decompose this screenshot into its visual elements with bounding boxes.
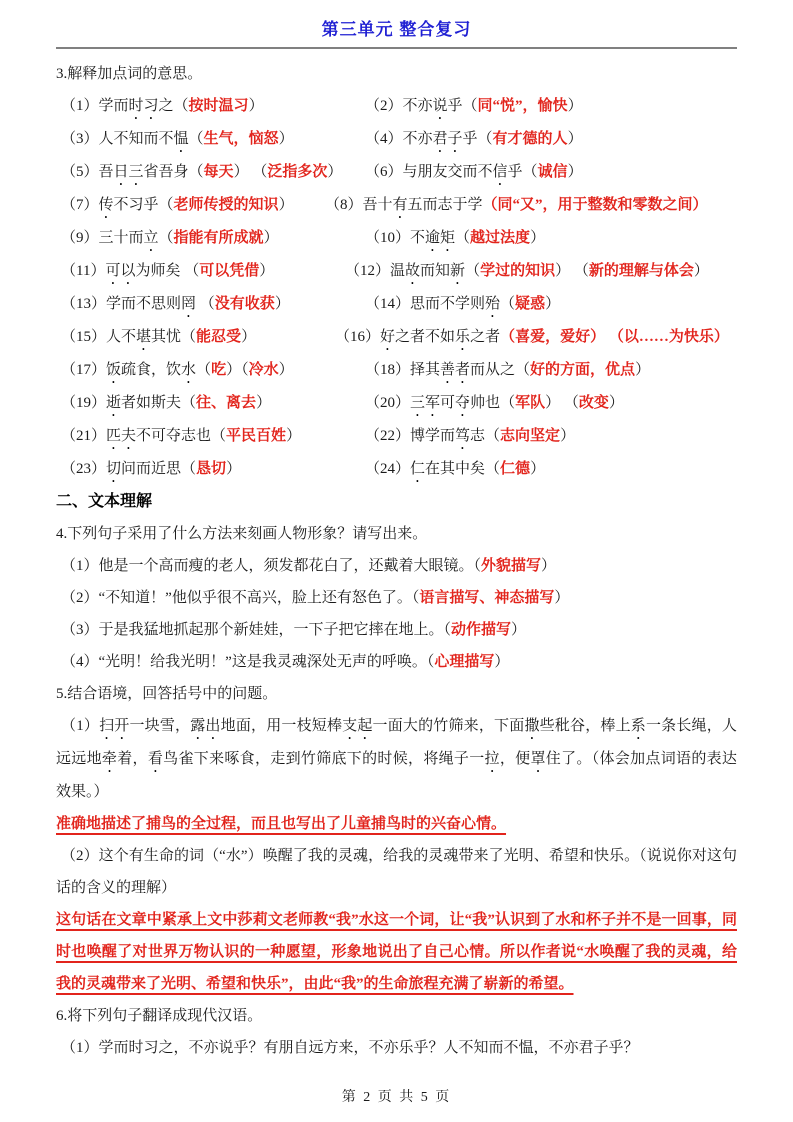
- annotation-red: 能忍受: [196, 329, 241, 345]
- dotted-term: 三军: [410, 395, 440, 411]
- text-run: （4）“光明！给我光明！”这是我灵魂深处无声的呼唤。（: [61, 654, 434, 670]
- annotation-red: （喜爱，爱好）: [500, 329, 605, 345]
- dotted-term: 有: [393, 197, 408, 213]
- text-run: （: [196, 296, 215, 312]
- q3-item-right: （4）不亦君子乎（有才德的人）: [365, 123, 583, 156]
- dotted-term: 匹夫: [106, 428, 136, 444]
- text-run: 乎（: [463, 131, 493, 147]
- q3-item-left: （17）饭疏食，饮水（吃）（冷水）: [61, 354, 359, 387]
- text-run: 五而志于学: [408, 197, 483, 213]
- text-run: 省吾身（: [144, 164, 204, 180]
- text-run: （1）学而: [61, 98, 129, 114]
- annotation-red: 冷水: [249, 362, 279, 378]
- q3-item-left: （21）匹夫不可夺志也（平民百姓）: [61, 420, 359, 453]
- text-run: 其忧（: [151, 329, 196, 345]
- q3-row: （3）人不知而不愠（生气，恼怒）（4）不亦君子乎（有才德的人）: [56, 123, 737, 156]
- text-run: ）: [286, 428, 301, 444]
- text-run: （22）博学而: [365, 428, 455, 444]
- text-run: ）: [511, 622, 526, 638]
- dotted-term: 信: [493, 164, 508, 180]
- text-run: ）: [249, 98, 264, 114]
- annotation-red: 往、离去: [196, 395, 256, 411]
- text-run: 鸟雀下来啄食，走到竹筛底下的时候，将绳子一: [163, 751, 484, 767]
- annotation-red: 同“悦”，愉快: [478, 98, 568, 114]
- dotted-term: 时习: [129, 98, 159, 114]
- q5-answer-1: 准确地描述了捕鸟的全过程，而且也写出了儿童捕鸟时的兴奋心情。: [56, 808, 737, 840]
- text-run: ） （: [234, 164, 268, 180]
- text-run: （: [455, 230, 470, 246]
- dotted-term: 撒: [524, 718, 539, 734]
- q4-title: 4.下列句子采用了什么方法来刻画人物形象？请写出来。: [56, 518, 737, 550]
- text-run: 不可夺志也（: [136, 428, 226, 444]
- text-run: （: [196, 362, 211, 378]
- text-run: ）: [568, 98, 583, 114]
- dotted-term: 君子: [433, 131, 463, 147]
- annotation-red: 老师传授的知识: [174, 197, 279, 213]
- page-number: 第 2 页 共 5 页: [0, 1086, 793, 1106]
- text-run: 问而近思（: [121, 461, 196, 477]
- dotted-term: 牵: [102, 751, 117, 767]
- dotted-term: 夺: [455, 395, 470, 411]
- dotted-term: 切: [106, 461, 121, 477]
- dotted-term: 善者: [440, 362, 470, 378]
- text-run: 乎（: [448, 98, 478, 114]
- text-run: 之者: [470, 329, 500, 345]
- text-run: ）: [554, 590, 569, 606]
- text-run: 而从之（: [470, 362, 530, 378]
- annotation-red: （同“又”，用于整数和零数之间）: [483, 197, 708, 213]
- q5-title: 5.结合语境，回答括号中的问题。: [56, 678, 737, 710]
- q3-row: （17）饭疏食，饮水（吃）（冷水）（18）择其善者而从之（好的方面，优点）: [56, 354, 737, 387]
- text-run: 着，: [117, 751, 148, 767]
- q3-item-left: （1）学而时习之（按时温习）: [61, 90, 359, 123]
- q3-item-left: （23）切问而近思（恳切）: [61, 453, 359, 486]
- dotted-term: 立: [144, 230, 159, 246]
- text-run: （17）: [61, 362, 106, 378]
- dotted-term: 可以: [105, 263, 135, 279]
- text-run: 疏食，饮: [121, 362, 181, 378]
- dotted-term: 罩: [530, 751, 545, 767]
- annotation-red: 仁德: [500, 461, 530, 477]
- q3-row: （5）吾日三省吾身（每天） （泛指多次）（6）与朋友交而不信乎（诚信）: [56, 156, 737, 189]
- q3-row: （9）三十而立（指能有所成就）（10）不逾矩（越过法度）: [56, 222, 737, 255]
- text-run: （6）与朋友交而不: [365, 164, 493, 180]
- text-run: ）: [694, 263, 709, 279]
- dotted-term: 愠: [174, 131, 189, 147]
- document-content: 3.解释加点词的意思。 （1）学而时习之（按时温习）（2）不亦说乎（同“悦”，愉…: [0, 49, 793, 1064]
- text-run: ）: [545, 296, 560, 312]
- dotted-term: 新: [450, 263, 465, 279]
- section2-heading: 二、文本理解: [56, 486, 737, 518]
- dotted-term: 好: [380, 329, 395, 345]
- text-run: 为师矣 （: [135, 263, 199, 279]
- text-run: （1）他是一个高而瘦的老人，须发都花白了，还戴着大眼镜。（: [61, 558, 481, 574]
- annotation-red: 动作描写: [451, 622, 511, 638]
- q3-item-right: （12）温故而知新（学过的知识） （新的理解与体会）: [345, 255, 709, 288]
- q3-item-right: （16）好之者不如乐之者（喜爱，爱好） （以……为快乐）: [335, 321, 729, 354]
- annotation-red: 有才德的人: [493, 131, 568, 147]
- q4-list: （1）他是一个高而瘦的老人，须发都花白了，还戴着大眼镜。（外貌描写）（2）“不知…: [56, 550, 737, 678]
- text-run: （14）思而不学则: [365, 296, 485, 312]
- dotted-term: 逾矩: [425, 230, 455, 246]
- text-run: （11）: [61, 263, 105, 279]
- q6-item-1: （1）学而时习之，不亦说乎？有朋自远方来，不亦乐乎？人不知而不愠，不亦君子乎？: [56, 1032, 737, 1064]
- text-run: ）: [568, 131, 583, 147]
- text-run: ） （: [545, 395, 579, 411]
- text-run: ）（: [226, 362, 249, 378]
- annotation-red: 学过的知识: [480, 263, 555, 279]
- text-run: （19）: [61, 395, 106, 411]
- annotation-red: 吃: [211, 362, 226, 378]
- text-run: 志（: [470, 428, 500, 444]
- text-run: ）: [609, 395, 624, 411]
- dotted-term: 露出: [190, 718, 220, 734]
- dotted-term: 饭: [106, 362, 121, 378]
- q5-item-2: （2）这个有生命的词（“水”）唤醒了我的灵魂，给我的灵魂带来了光明、希望和快乐。…: [56, 840, 737, 904]
- annotation-red: 平民百姓: [226, 428, 286, 444]
- annotation-red: （以……为快乐）: [609, 329, 729, 345]
- text-run: （1）: [61, 718, 99, 734]
- q3-item-right: （18）择其善者而从之（好的方面，优点）: [365, 354, 650, 387]
- annotation-red: 军队: [515, 395, 545, 411]
- text-run: （3）人不知而不: [61, 131, 174, 147]
- dotted-term: 水: [181, 362, 196, 378]
- text-run: （21）: [61, 428, 106, 444]
- text-run: 帅也（: [470, 395, 515, 411]
- q3-item-right: （8）吾十有五而志于学（同“又”，用于整数和零数之间）: [325, 189, 708, 222]
- dotted-term: 支起: [342, 718, 372, 734]
- q3-item-right: （20）三军可夺帅也（军队） （改变）: [365, 387, 624, 420]
- text-run: （2）“不知道！”他似乎很不高兴，脸上还有怒色了。（: [61, 590, 419, 606]
- text-run: ）: [541, 558, 556, 574]
- annotation-red: 恳切: [196, 461, 226, 477]
- text-run: （13）学而不思则: [61, 296, 181, 312]
- annotation-red: 每天: [204, 164, 234, 180]
- q3-item-left: （5）吾日三省吾身（每天） （泛指多次）: [61, 156, 359, 189]
- text-run: ）: [264, 230, 279, 246]
- q3-item-right: （10）不逾矩（越过法度）: [365, 222, 545, 255]
- text-run: 些秕谷，棒上: [540, 718, 631, 734]
- text-run: （2）不亦: [365, 98, 433, 114]
- dotted-term: 罔: [181, 296, 196, 312]
- unit-title: 第三单元 整合复习: [0, 15, 793, 40]
- q4-item: （2）“不知道！”他似乎很不高兴，脸上还有怒色了。（语言描写、神态描写）: [56, 582, 737, 614]
- annotation-red: 可以凭借: [199, 263, 259, 279]
- text-run: ）: [259, 263, 274, 279]
- q5-answer-2: 这句话在文章中紧承上文中莎莉文老师教“我”水这一个词，让“我”认识到了水和杯子并…: [56, 904, 737, 1000]
- q6-title: 6.将下列句子翻译成现代汉语。: [56, 1000, 737, 1032]
- text-run: ）: [279, 362, 294, 378]
- text-run: （5）吾: [61, 164, 114, 180]
- text-run: （18）择其: [365, 362, 440, 378]
- annotation-red: 泛指多次: [267, 164, 327, 180]
- text-run: 者如斯夫（: [121, 395, 196, 411]
- q3-item-left: （9）三十而立（指能有所成就）: [61, 222, 359, 255]
- annotation-red: 指能有所成就: [174, 230, 264, 246]
- annotation-red: 疑惑: [515, 296, 545, 312]
- text-run: 地面，用一枝短棒: [221, 718, 343, 734]
- text-run: （24）: [365, 461, 410, 477]
- q3-row: （1）学而时习之（按时温习）（2）不亦说乎（同“悦”，愉快）: [56, 90, 737, 123]
- text-run: （15）人不: [61, 329, 136, 345]
- q3-item-left: （3）人不知而不愠（生气，恼怒）: [61, 123, 359, 156]
- q3-row: （11）可以为师矣 （可以凭借）（12）温故而知新（学过的知识） （新的理解与体…: [56, 255, 737, 288]
- text-run: ）: [256, 395, 271, 411]
- text-run: 之者不如: [395, 329, 455, 345]
- worksheet-page: 第三单元 整合复习 3.解释加点词的意思。 （1）学而时习之（按时温习）（2）不…: [0, 0, 793, 1122]
- q3-row: （23）切问而近思（恳切）（24）仁在其中矣（仁德）: [56, 453, 737, 486]
- text-run: （: [500, 296, 515, 312]
- text-run: 不习乎（: [114, 197, 174, 213]
- dotted-term: 扫开: [99, 718, 129, 734]
- q3-item-right: （22）博学而笃志（志向坚定）: [365, 420, 575, 453]
- dotted-term: 系: [631, 718, 646, 734]
- text-run: （7）: [61, 197, 99, 213]
- annotation-red: 新的理解与体会: [589, 263, 694, 279]
- text-run: ）: [327, 164, 342, 180]
- q4-item: （3）于是我猛地抓起那个新娃娃，一下子把它摔在地上。（动作描写）: [56, 614, 737, 646]
- text-run: （4）不亦: [365, 131, 433, 147]
- text-run: （20）: [365, 395, 410, 411]
- dotted-term: 乐: [455, 329, 470, 345]
- annotation-red: 好的方面，优点: [530, 362, 635, 378]
- text-run: 在其中矣（: [425, 461, 500, 477]
- q3-title: 3.解释加点词的意思。: [56, 58, 737, 90]
- q3-row: （19）逝者如斯夫（往、离去）（20）三军可夺帅也（军队） （改变）: [56, 387, 737, 420]
- annotation-red: 改变: [579, 395, 609, 411]
- q3-item-left: （11）可以为师矣 （可以凭借）: [61, 255, 339, 288]
- text-run: ）: [241, 329, 256, 345]
- text-run: （: [189, 131, 204, 147]
- dotted-term: 说: [433, 98, 448, 114]
- q3-row: （13）学而不思则罔 （没有收获）（14）思而不学则殆（疑惑）: [56, 288, 737, 321]
- annotation-red: 越过法度: [470, 230, 530, 246]
- dotted-term: 仁: [410, 461, 425, 477]
- annotation-red: 志向坚定: [500, 428, 560, 444]
- q3-item-left: （13）学而不思则罔 （没有收获）: [61, 288, 359, 321]
- text-run: ）: [279, 197, 294, 213]
- dotted-term: 逝: [106, 395, 121, 411]
- text-run: ）: [530, 461, 545, 477]
- annotation-red: 诚信: [538, 164, 568, 180]
- q3-row: （7）传不习乎（老师传授的知识）（8）吾十有五而志于学（同“又”，用于整数和零数…: [56, 189, 737, 222]
- q4-item: （1）他是一个高而瘦的老人，须发都花白了，还戴着大眼镜。（外貌描写）: [56, 550, 737, 582]
- text-run: ）: [275, 296, 290, 312]
- text-run: （3）于是我猛地抓起那个新娃娃，一下子把它摔在地上。（: [61, 622, 451, 638]
- q3-item-left: （15）人不堪其忧（能忍受）: [61, 321, 329, 354]
- text-run: 乎（: [508, 164, 538, 180]
- dotted-term: 拉: [485, 751, 500, 767]
- text-run: （8）吾十: [325, 197, 393, 213]
- text-run: 之（: [159, 98, 189, 114]
- text-run: ）: [560, 428, 575, 444]
- q5-item-1: （1）扫开一块雪，露出地面，用一枝短棒支起一面大的竹筛来，下面撒些秕谷，棒上系一…: [56, 710, 737, 808]
- text-run: （23）: [61, 461, 106, 477]
- text-run: ）: [568, 164, 583, 180]
- text-run: （9）三十而: [61, 230, 144, 246]
- q3-item-right: （6）与朋友交而不信乎（诚信）: [365, 156, 583, 189]
- annotation-red: 按时温习: [189, 98, 249, 114]
- text-run: ）: [494, 654, 509, 670]
- text-run: ）: [279, 131, 294, 147]
- text-run: （10）不: [365, 230, 425, 246]
- text-run: ）: [226, 461, 241, 477]
- q3-row: （21）匹夫不可夺志也（平民百姓）（22）博学而笃志（志向坚定）: [56, 420, 737, 453]
- text-run: 而知: [420, 263, 450, 279]
- page-header: 第三单元 整合复习: [0, 0, 793, 49]
- annotation-red: 没有收获: [215, 296, 275, 312]
- text-run: ） （: [555, 263, 589, 279]
- text-run: ）: [635, 362, 650, 378]
- text-run: （12）温: [345, 263, 405, 279]
- q3-item-right: （2）不亦说乎（同“悦”，愉快）: [365, 90, 583, 123]
- annotation-red: 语言描写、神态描写: [419, 590, 554, 606]
- dotted-term: 殆: [485, 296, 500, 312]
- dotted-term: 看: [148, 751, 163, 767]
- q4-item: （4）“光明！给我光明！”这是我灵魂深处无声的呼唤。（心理描写）: [56, 646, 737, 678]
- annotation-red: 外貌描写: [481, 558, 541, 574]
- text-run: （16）: [335, 329, 380, 345]
- text-run: （: [465, 263, 480, 279]
- dotted-term: 故: [405, 263, 420, 279]
- q3-item-right: （24）仁在其中矣（仁德）: [365, 453, 545, 486]
- q3-item-left: （7）传不习乎（老师传授的知识）: [61, 189, 319, 222]
- q3-list: （1）学而时习之（按时温习）（2）不亦说乎（同“悦”，愉快）（3）人不知而不愠（…: [56, 90, 737, 486]
- q3-item-left: （19）逝者如斯夫（往、离去）: [61, 387, 359, 420]
- dotted-term: 传: [99, 197, 114, 213]
- annotation-red: 心理描写: [434, 654, 494, 670]
- text-run: ）: [530, 230, 545, 246]
- text-run: ，便: [500, 751, 531, 767]
- dotted-term: 日三: [114, 164, 144, 180]
- text-run: 一面大的竹筛来，下面: [373, 718, 525, 734]
- text-run: 一块雪，: [129, 718, 190, 734]
- q3-row: （15）人不堪其忧（能忍受）（16）好之者不如乐之者（喜爱，爱好） （以……为快…: [56, 321, 737, 354]
- text-run: （: [159, 230, 174, 246]
- dotted-term: 堪: [136, 329, 151, 345]
- text-run: 可: [440, 395, 455, 411]
- q3-item-right: （14）思而不学则殆（疑惑）: [365, 288, 560, 321]
- dotted-term: 笃: [455, 428, 470, 444]
- annotation-red: 生气，恼怒: [204, 131, 279, 147]
